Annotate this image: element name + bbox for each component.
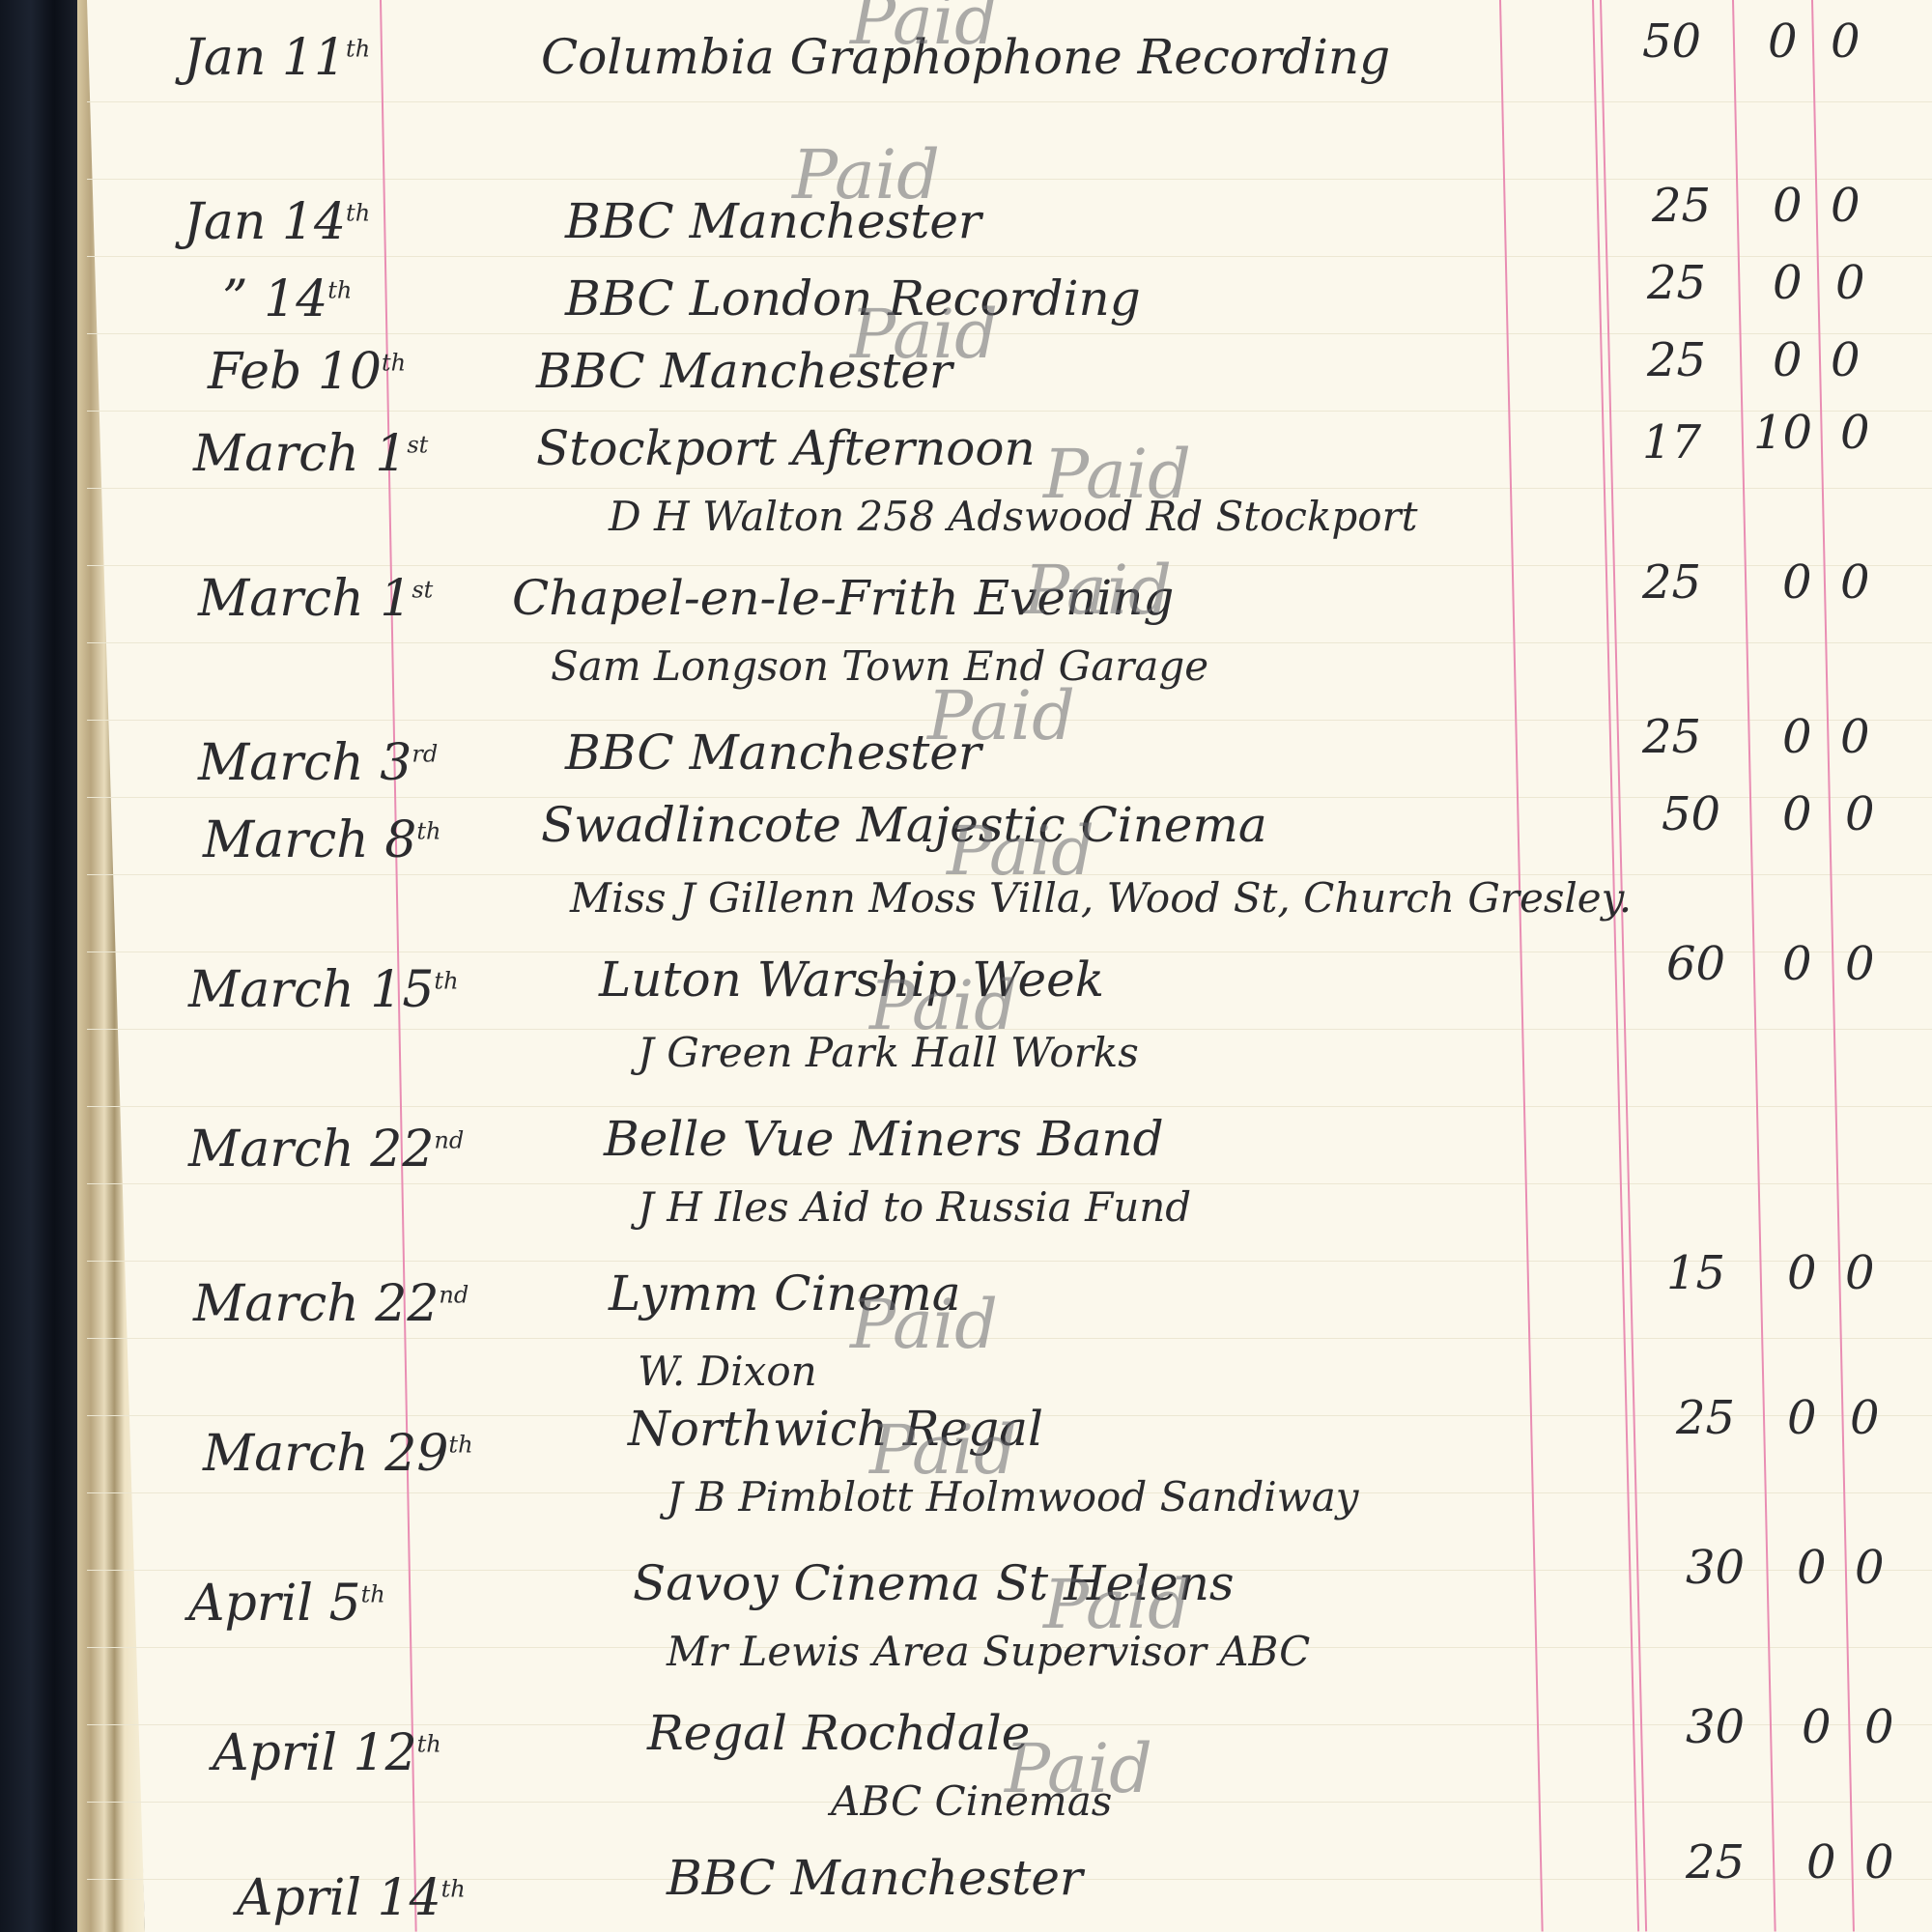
entry-date: April 5th: [188, 1575, 385, 1633]
amount-pence: 0: [1855, 1541, 1885, 1595]
entry-date: March 15th: [188, 961, 459, 1019]
ruled-line: [87, 1261, 1932, 1262]
paid-mark: Paid: [1005, 1729, 1152, 1808]
amount-shillings: 0: [1802, 1700, 1832, 1754]
entry-date: March 29th: [203, 1425, 473, 1483]
entry-date: March 1st: [198, 570, 433, 628]
amount-pounds: 50: [1662, 787, 1720, 841]
paid-mark: Paid: [869, 966, 1017, 1045]
paid-mark: Paid: [850, 295, 998, 374]
paid-mark: Paid: [792, 135, 940, 214]
amount-shillings: 0: [1773, 333, 1803, 387]
entry-description: Swadlincote Majestic Cinema: [541, 797, 1267, 853]
entry-date: March 1st: [193, 425, 428, 483]
amount-pounds: 25: [1642, 710, 1701, 764]
amount-pence: 0: [1864, 1700, 1894, 1754]
amount-pounds: 30: [1686, 1700, 1745, 1754]
paid-mark: Paid: [947, 811, 1094, 891]
ruled-line: [87, 1338, 1932, 1339]
entry-date: Feb 10th: [208, 343, 406, 401]
ruled-line: [87, 1106, 1932, 1107]
amount-pounds: 25: [1642, 555, 1701, 610]
entry-description: Belle Vue Miners Band: [604, 1111, 1164, 1167]
entry-contact: D H Walton 258 Adswood Rd Stockport: [609, 493, 1418, 540]
entry-date: Jan 14th: [184, 193, 370, 251]
amount-pence: 0: [1845, 937, 1875, 991]
book-binding: [0, 0, 77, 1932]
amount-shillings: 0: [1773, 179, 1803, 233]
amount-shillings: 0: [1787, 1391, 1817, 1445]
amount-shillings: 0: [1782, 555, 1812, 610]
entry-date: April 14th: [237, 1869, 466, 1927]
entry-contact: Mr Lewis Area Supervisor ABC: [667, 1628, 1310, 1675]
paid-mark: Paid: [927, 676, 1075, 755]
amount-shillings: 0: [1782, 937, 1812, 991]
entry-contact: Miss J Gillenn Moss Villa, Wood St, Chur…: [570, 874, 1632, 922]
amount-pence: 0: [1840, 555, 1870, 610]
amount-shillings: 0: [1787, 1246, 1817, 1300]
amount-pence: 0: [1831, 179, 1861, 233]
paid-mark: Paid: [1024, 551, 1172, 630]
amount-pence: 0: [1840, 406, 1870, 460]
amount-pence: 0: [1850, 1391, 1880, 1445]
entry-date: March 22nd: [193, 1275, 469, 1333]
amount-pence: 0: [1831, 14, 1861, 69]
amount-pounds: 25: [1652, 179, 1711, 233]
amount-pounds: 50: [1642, 14, 1701, 69]
entry-date: March 3rd: [198, 734, 438, 792]
entry-contact: Sam Longson Town End Garage: [551, 642, 1208, 690]
ruled-line: [87, 101, 1932, 102]
amount-pounds: 30: [1686, 1541, 1745, 1595]
amount-shillings: 0: [1782, 710, 1812, 764]
entry-description: Luton Warship Week: [599, 952, 1104, 1008]
amount-pounds: 25: [1676, 1391, 1735, 1445]
ruled-line: [87, 488, 1932, 489]
paid-mark: Paid: [869, 1410, 1017, 1490]
amount-pounds: 25: [1647, 256, 1706, 310]
amount-shillings: 0: [1797, 1541, 1827, 1595]
paid-mark: Paid: [1043, 435, 1191, 514]
amount-shillings: 0: [1768, 14, 1798, 69]
paid-mark: Paid: [1043, 1565, 1191, 1644]
entry-date: Jan 11th: [184, 29, 370, 87]
amount-shillings: 0: [1773, 256, 1803, 310]
amount-pence: 0: [1840, 710, 1870, 764]
entry-date: March 22nd: [188, 1121, 464, 1179]
amount-shillings: 0: [1782, 787, 1812, 841]
entry-description: Regal Rochdale: [647, 1705, 1030, 1761]
entry-contact: W. Dixon: [638, 1348, 817, 1395]
entry-description: BBC Manchester: [667, 1850, 1083, 1906]
amount-pounds: 25: [1647, 333, 1706, 387]
ruled-line: [87, 411, 1932, 412]
amount-shillings: 10: [1753, 406, 1812, 460]
amount-shillings: 0: [1806, 1835, 1836, 1889]
entry-description: Stockport Afternoon: [536, 420, 1036, 476]
entry-date: ” 14th: [222, 270, 352, 328]
paid-mark: Paid: [850, 1285, 998, 1364]
amount-pence: 0: [1845, 787, 1875, 841]
amount-pounds: 60: [1666, 937, 1725, 991]
amount-pounds: 15: [1666, 1246, 1725, 1300]
entry-contact: J H Iles Aid to Russia Fund: [638, 1183, 1191, 1231]
entry-date: April 12th: [213, 1724, 441, 1782]
amount-pence: 0: [1831, 333, 1861, 387]
entry-description: BBC Manchester: [565, 724, 981, 781]
amount-pounds: 25: [1686, 1835, 1745, 1889]
paid-mark: Paid: [850, 0, 998, 60]
amount-pence: 0: [1845, 1246, 1875, 1300]
entry-date: March 8th: [203, 811, 440, 869]
amount-pence: 0: [1835, 256, 1865, 310]
amount-pounds: 17: [1642, 415, 1701, 469]
amount-pence: 0: [1864, 1835, 1894, 1889]
